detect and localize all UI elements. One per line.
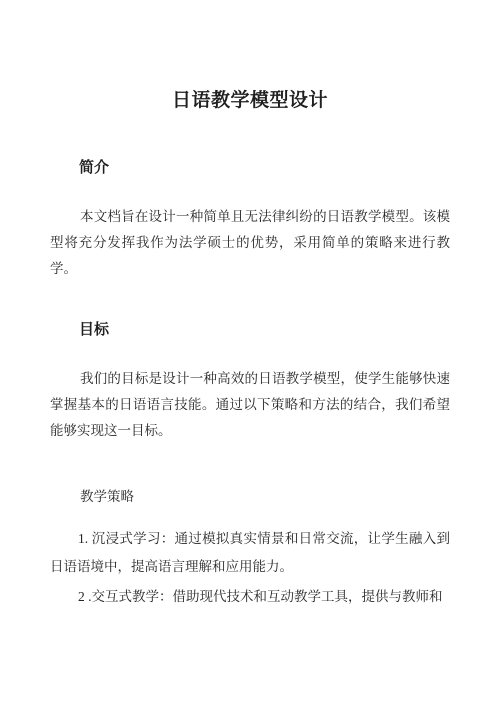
strategy-item-2: 2 .交互式教学：借助现代技术和互动教学工具，提供与教师和: [50, 583, 450, 611]
goals-paragraph: 我们的目标是设计一种高效的日语教学模型，使学生能够快速掌握基本的日语语言技能。通…: [50, 366, 450, 444]
document-title: 日语教学模型设计: [50, 91, 450, 111]
intro-heading: 简介: [50, 160, 450, 176]
strategy-item-1: 1. 沉浸式学习：通过模拟真实情景和日常交流，让学生融入到日语语境中，提高语言理…: [50, 525, 450, 581]
intro-paragraph: 本文档旨在设计一种简单且无法律纠纷的日语教学模型。该模型将充分发挥我作为法学硕士…: [50, 204, 450, 282]
goals-heading: 目标: [50, 322, 450, 338]
strategies-heading: 教学策略: [50, 484, 450, 510]
document-page: 日语教学模型设计 简介 本文档旨在设计一种简单且无法律纠纷的日语教学模型。该模型…: [0, 0, 500, 707]
